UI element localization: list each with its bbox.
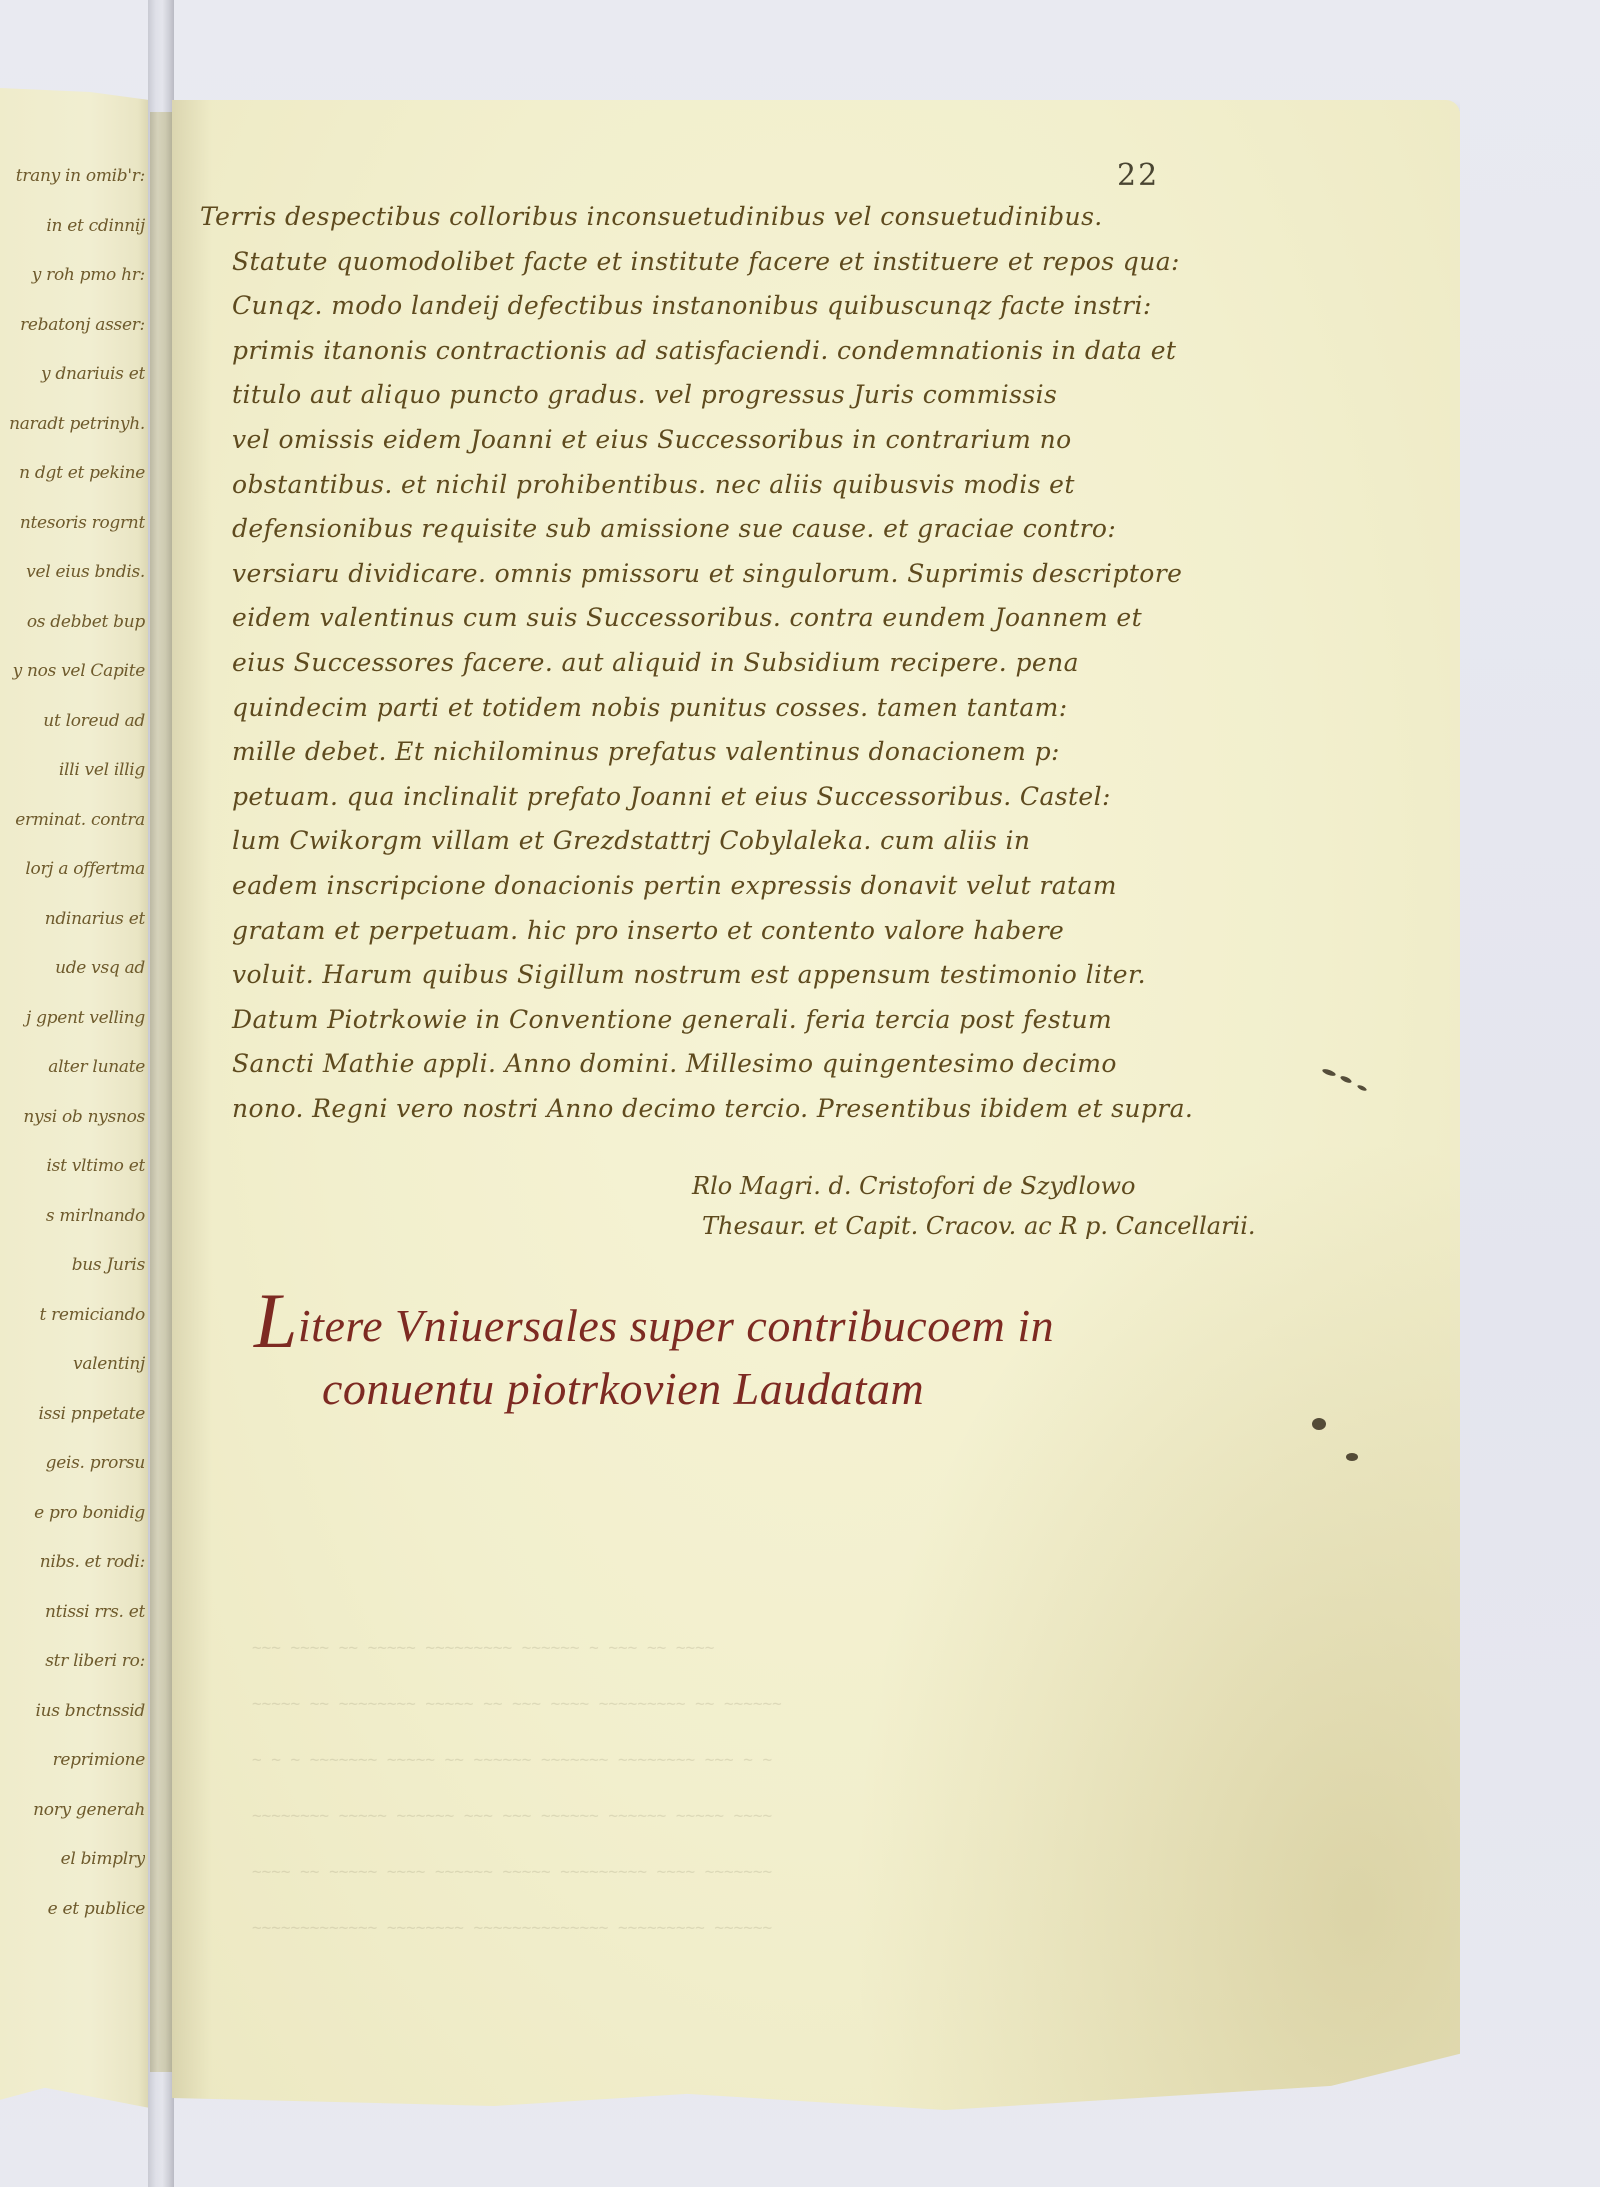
body-text-line: obstantibus. et nichil prohibentibus. ne… (232, 470, 1075, 499)
body-text-line: nono. Regni vero nostri Anno decimo terc… (232, 1094, 1193, 1123)
left-page-line: erminat. contra (0, 810, 145, 830)
ink-spot (1340, 1075, 1353, 1085)
left-page-line: j gpent velling (0, 1008, 145, 1028)
left-page-line: ntissi rrs. et (0, 1602, 145, 1622)
left-page-line: y nos vel Capite (0, 661, 145, 681)
rubric-heading-line-1: Litere Vniuersales super contribucoem in (254, 1282, 1054, 1360)
chancery-note-line-2: Thesaur. et Capit. Cracov. ac R p. Cance… (702, 1212, 1256, 1240)
body-text-line: Sancti Mathie appli. Anno domini. Milles… (232, 1049, 1117, 1078)
left-page-line: ius bnctnssid (0, 1701, 145, 1721)
body-text-line: versiaru dividicare. omnis pmissoru et s… (232, 559, 1182, 588)
body-text-line: gratam et perpetuam. hic pro inserto et … (232, 916, 1064, 945)
body-text-line: Datum Piotrkowie in Conventione generali… (232, 1005, 1112, 1034)
body-text-line: titulo aut aliquo puncto gradus. vel pro… (232, 380, 1057, 409)
left-page-line: y dnariuis et (0, 364, 145, 384)
rubric-heading-line-2: conuentu piotrkovien Laudatam (322, 1362, 924, 1415)
left-page-line: valentinj (0, 1354, 145, 1374)
gutter-paper-edge (150, 112, 172, 2072)
left-page-line: str liberi ro: (0, 1651, 145, 1671)
left-page-line: nibs. et rodi: (0, 1552, 145, 1572)
left-page-line: nory generah (0, 1800, 145, 1820)
body-text-line: Statute quomodolibet facte et institute … (232, 247, 1180, 276)
body-text-line: eidem valentinus cum suis Successoribus.… (232, 603, 1142, 632)
ink-spot (1357, 1084, 1368, 1092)
body-text-line: petuam. qua inclinalit prefato Joanni et… (232, 782, 1111, 811)
left-page-line: ist vltimo et (0, 1156, 145, 1176)
left-page-line: ndinarius et (0, 909, 145, 929)
left-page-line: in et cdinnij (0, 216, 145, 236)
page-edge-shadow (172, 100, 212, 2110)
folio-number: 22 (1117, 158, 1159, 193)
left-page-line: vel eius bndis. (0, 562, 145, 582)
left-page-line: ude vsq ad (0, 958, 145, 978)
left-page-line: y roh pmo hr: (0, 265, 145, 285)
chancery-note-line-1: Rlo Magri. d. Cristofori de Szydlowo (692, 1172, 1135, 1200)
left-page-line: nysi ob nysnos (0, 1107, 145, 1127)
body-text-line: voluit. Harum quibus Sigillum nostrum es… (232, 960, 1146, 989)
body-text-line: primis itanonis contractionis ad satisfa… (232, 336, 1176, 365)
manuscript-page: 22 Terris despectibus colloribus inconsu… (172, 100, 1460, 2110)
left-page-line: illi vel illig (0, 760, 145, 780)
left-page-line: trany in omib'r: (0, 166, 145, 186)
left-page-line: alter lunate (0, 1057, 145, 1077)
left-page-line: rebatonj asser: (0, 315, 145, 335)
body-text-line: mille debet. Et nichilominus prefatus va… (232, 737, 1060, 766)
left-page-fragment: trany in omib'r:in et cdinnijy roh pmo h… (0, 88, 150, 2108)
body-text-line: Terris despectibus colloribus inconsuetu… (200, 202, 1103, 231)
left-page-line: issi pnpetate (0, 1404, 145, 1424)
rubric-line-1-text: itere Vniuersales super contribucoem in (298, 1300, 1054, 1351)
left-page-line: e et publice (0, 1899, 145, 1919)
body-text-line: lum Cwikorgm villam et Grezdstattrj Coby… (232, 826, 1030, 855)
body-text-line: vel omissis eidem Joanni et eius Success… (232, 425, 1072, 454)
left-page-line: e pro bonidig (0, 1503, 145, 1523)
left-page-line: ut loreud ad (0, 711, 145, 731)
show-through-text: ~~~ ~~~~ ~~ ~~~~~ ~~~~~~~~~ ~~~~~~ ~ ~~~… (252, 1620, 1332, 1970)
left-page-line: t remiciando (0, 1305, 145, 1325)
left-page-line: s mirlnando (0, 1206, 145, 1226)
left-page-line: bus Juris (0, 1255, 145, 1275)
ink-spot (1346, 1453, 1358, 1461)
left-page-line: el bimplry (0, 1849, 145, 1869)
body-text-line: eadem inscripcione donacionis pertin exp… (232, 871, 1117, 900)
body-text-line: defensionibus requisite sub amissione su… (232, 514, 1116, 543)
left-page-line: n dgt et pekine (0, 463, 145, 483)
left-page-line: naradt petrinyh. (0, 414, 145, 434)
left-page-line: os debbet bup (0, 612, 145, 632)
left-page-line: reprimione (0, 1750, 145, 1770)
left-page-line: lorj a offertma (0, 859, 145, 879)
left-page-line: ntesoris rogrnt (0, 513, 145, 533)
rubric-initial: L (254, 1277, 298, 1364)
body-text-line: quindecim parti et totidem nobis punitus… (232, 693, 1068, 722)
body-text-line: Cunqz. modo landeij defectibus instanoni… (232, 291, 1152, 320)
body-text-line: eius Successores facere. aut aliquid in … (232, 648, 1079, 677)
ink-spot (1312, 1418, 1326, 1430)
ink-spot (1322, 1068, 1337, 1077)
left-page-line: geis. prorsu (0, 1453, 145, 1473)
